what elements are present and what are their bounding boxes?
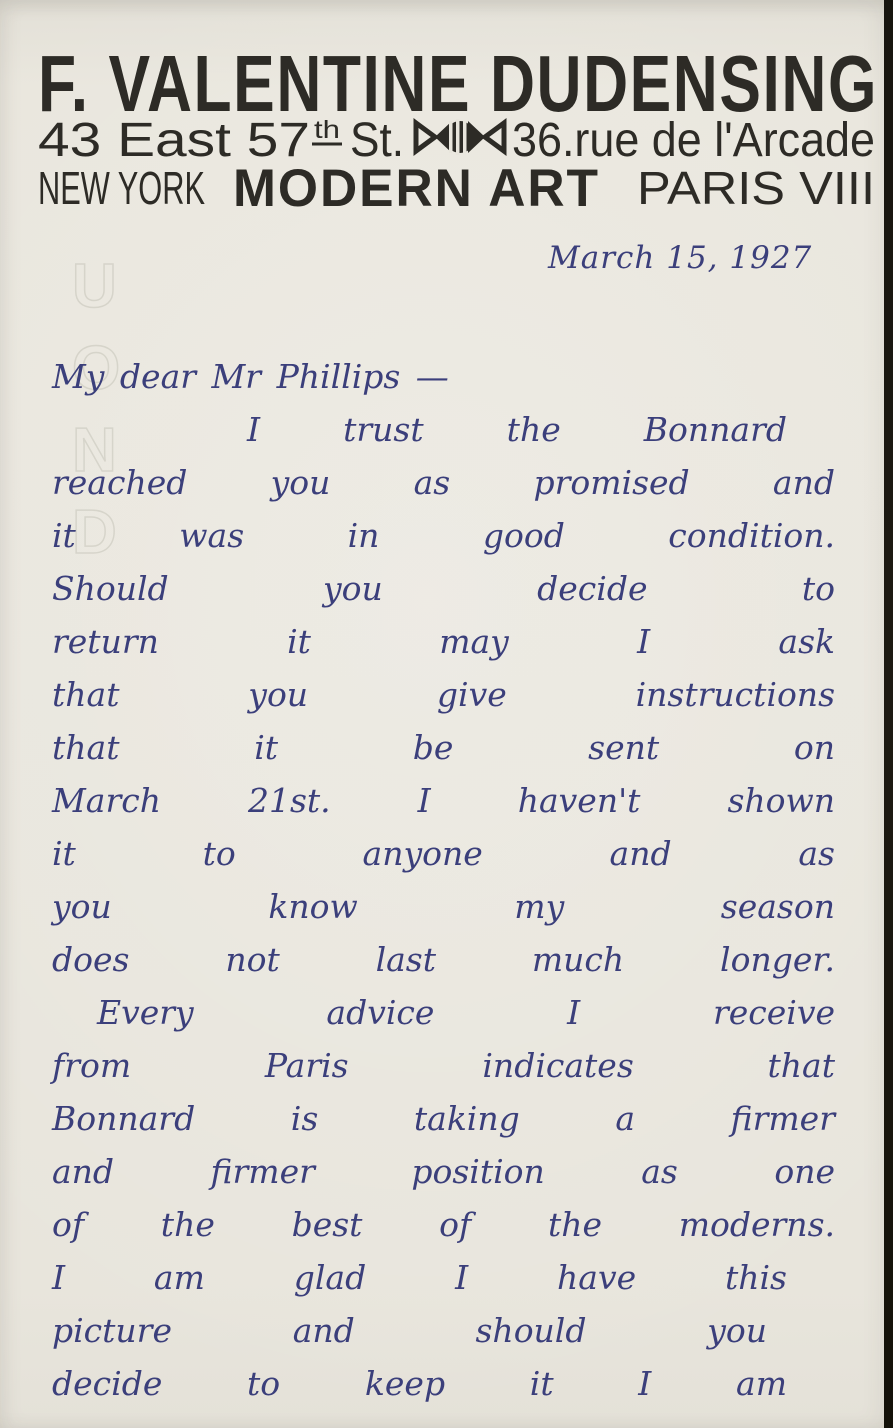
letter-line: it to anyone and as [52, 829, 835, 882]
letterhead-ny-street-superscript: th [314, 116, 340, 144]
letterhead-city-left: NEW YORK [38, 162, 205, 214]
letter-scan: { "letterhead": { "name": "F. VALENTINE … [0, 0, 893, 1428]
letterhead-center: MODERN ART [233, 159, 600, 218]
letter-line: Every advice I receive [97, 988, 835, 1041]
letter-line: Bonnard is taking a firmer [52, 1094, 835, 1147]
watermark-letter: U [72, 258, 117, 316]
letter-line: I trust the Bonnard [247, 405, 787, 458]
letter-line: Should you decide to [52, 564, 835, 617]
letterhead-city-right: PARIS VIII [637, 162, 875, 214]
letter-line: March 21st. I haven't shown [52, 776, 835, 829]
letter-line: I am glad I have this [52, 1253, 787, 1306]
letter-line: it was in good condition. [52, 511, 835, 564]
letter-line: and firmer position as one [52, 1147, 835, 1200]
letter-line: that you give instructions [52, 670, 835, 723]
letter-body: My dear Mr Phillips — I trust the Bonnar… [52, 352, 835, 1412]
letter-line: from Paris indicates that [52, 1041, 835, 1094]
scan-edge-shadow [884, 0, 893, 1428]
letter-line: does not last much longer. [52, 935, 835, 988]
date-line: March 15, 1927 [548, 240, 818, 276]
letter-line: that it be sent on [52, 723, 835, 776]
letter-line: picture and should you [52, 1306, 767, 1359]
letter-line: you know my season [52, 882, 835, 935]
letter-line: return it may I ask [52, 617, 835, 670]
letterhead: F. VALENTINE DUDENSING 43 East 57 th St.… [0, 0, 893, 225]
letter-line: decide to keep it I am [52, 1359, 787, 1412]
letter-line: reached you as promised and [52, 458, 835, 511]
salutation: My dear Mr Phillips — [52, 352, 835, 405]
letter-line: of the best of the moderns. [52, 1200, 835, 1253]
